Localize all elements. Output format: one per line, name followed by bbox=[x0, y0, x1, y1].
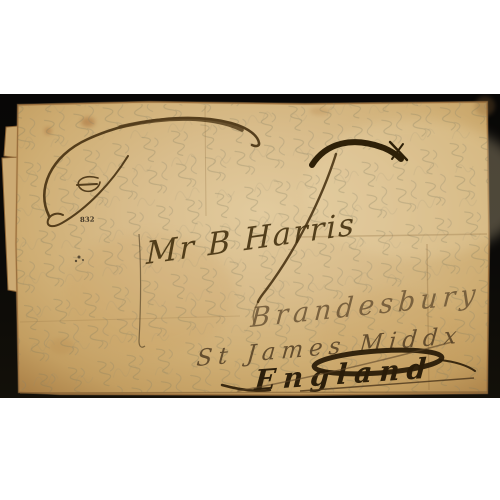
paper-bottom-edge bbox=[20, 392, 488, 393]
letter-scene: 832 Mr B Harris Brandesbury St James Mid… bbox=[0, 94, 500, 398]
small-printed-mark: 832 bbox=[80, 214, 95, 224]
letter-photograph: 832 Mr B Harris Brandesbury St James Mid… bbox=[0, 94, 500, 398]
page: 832 Mr B Harris Brandesbury St James Mid… bbox=[0, 0, 500, 500]
